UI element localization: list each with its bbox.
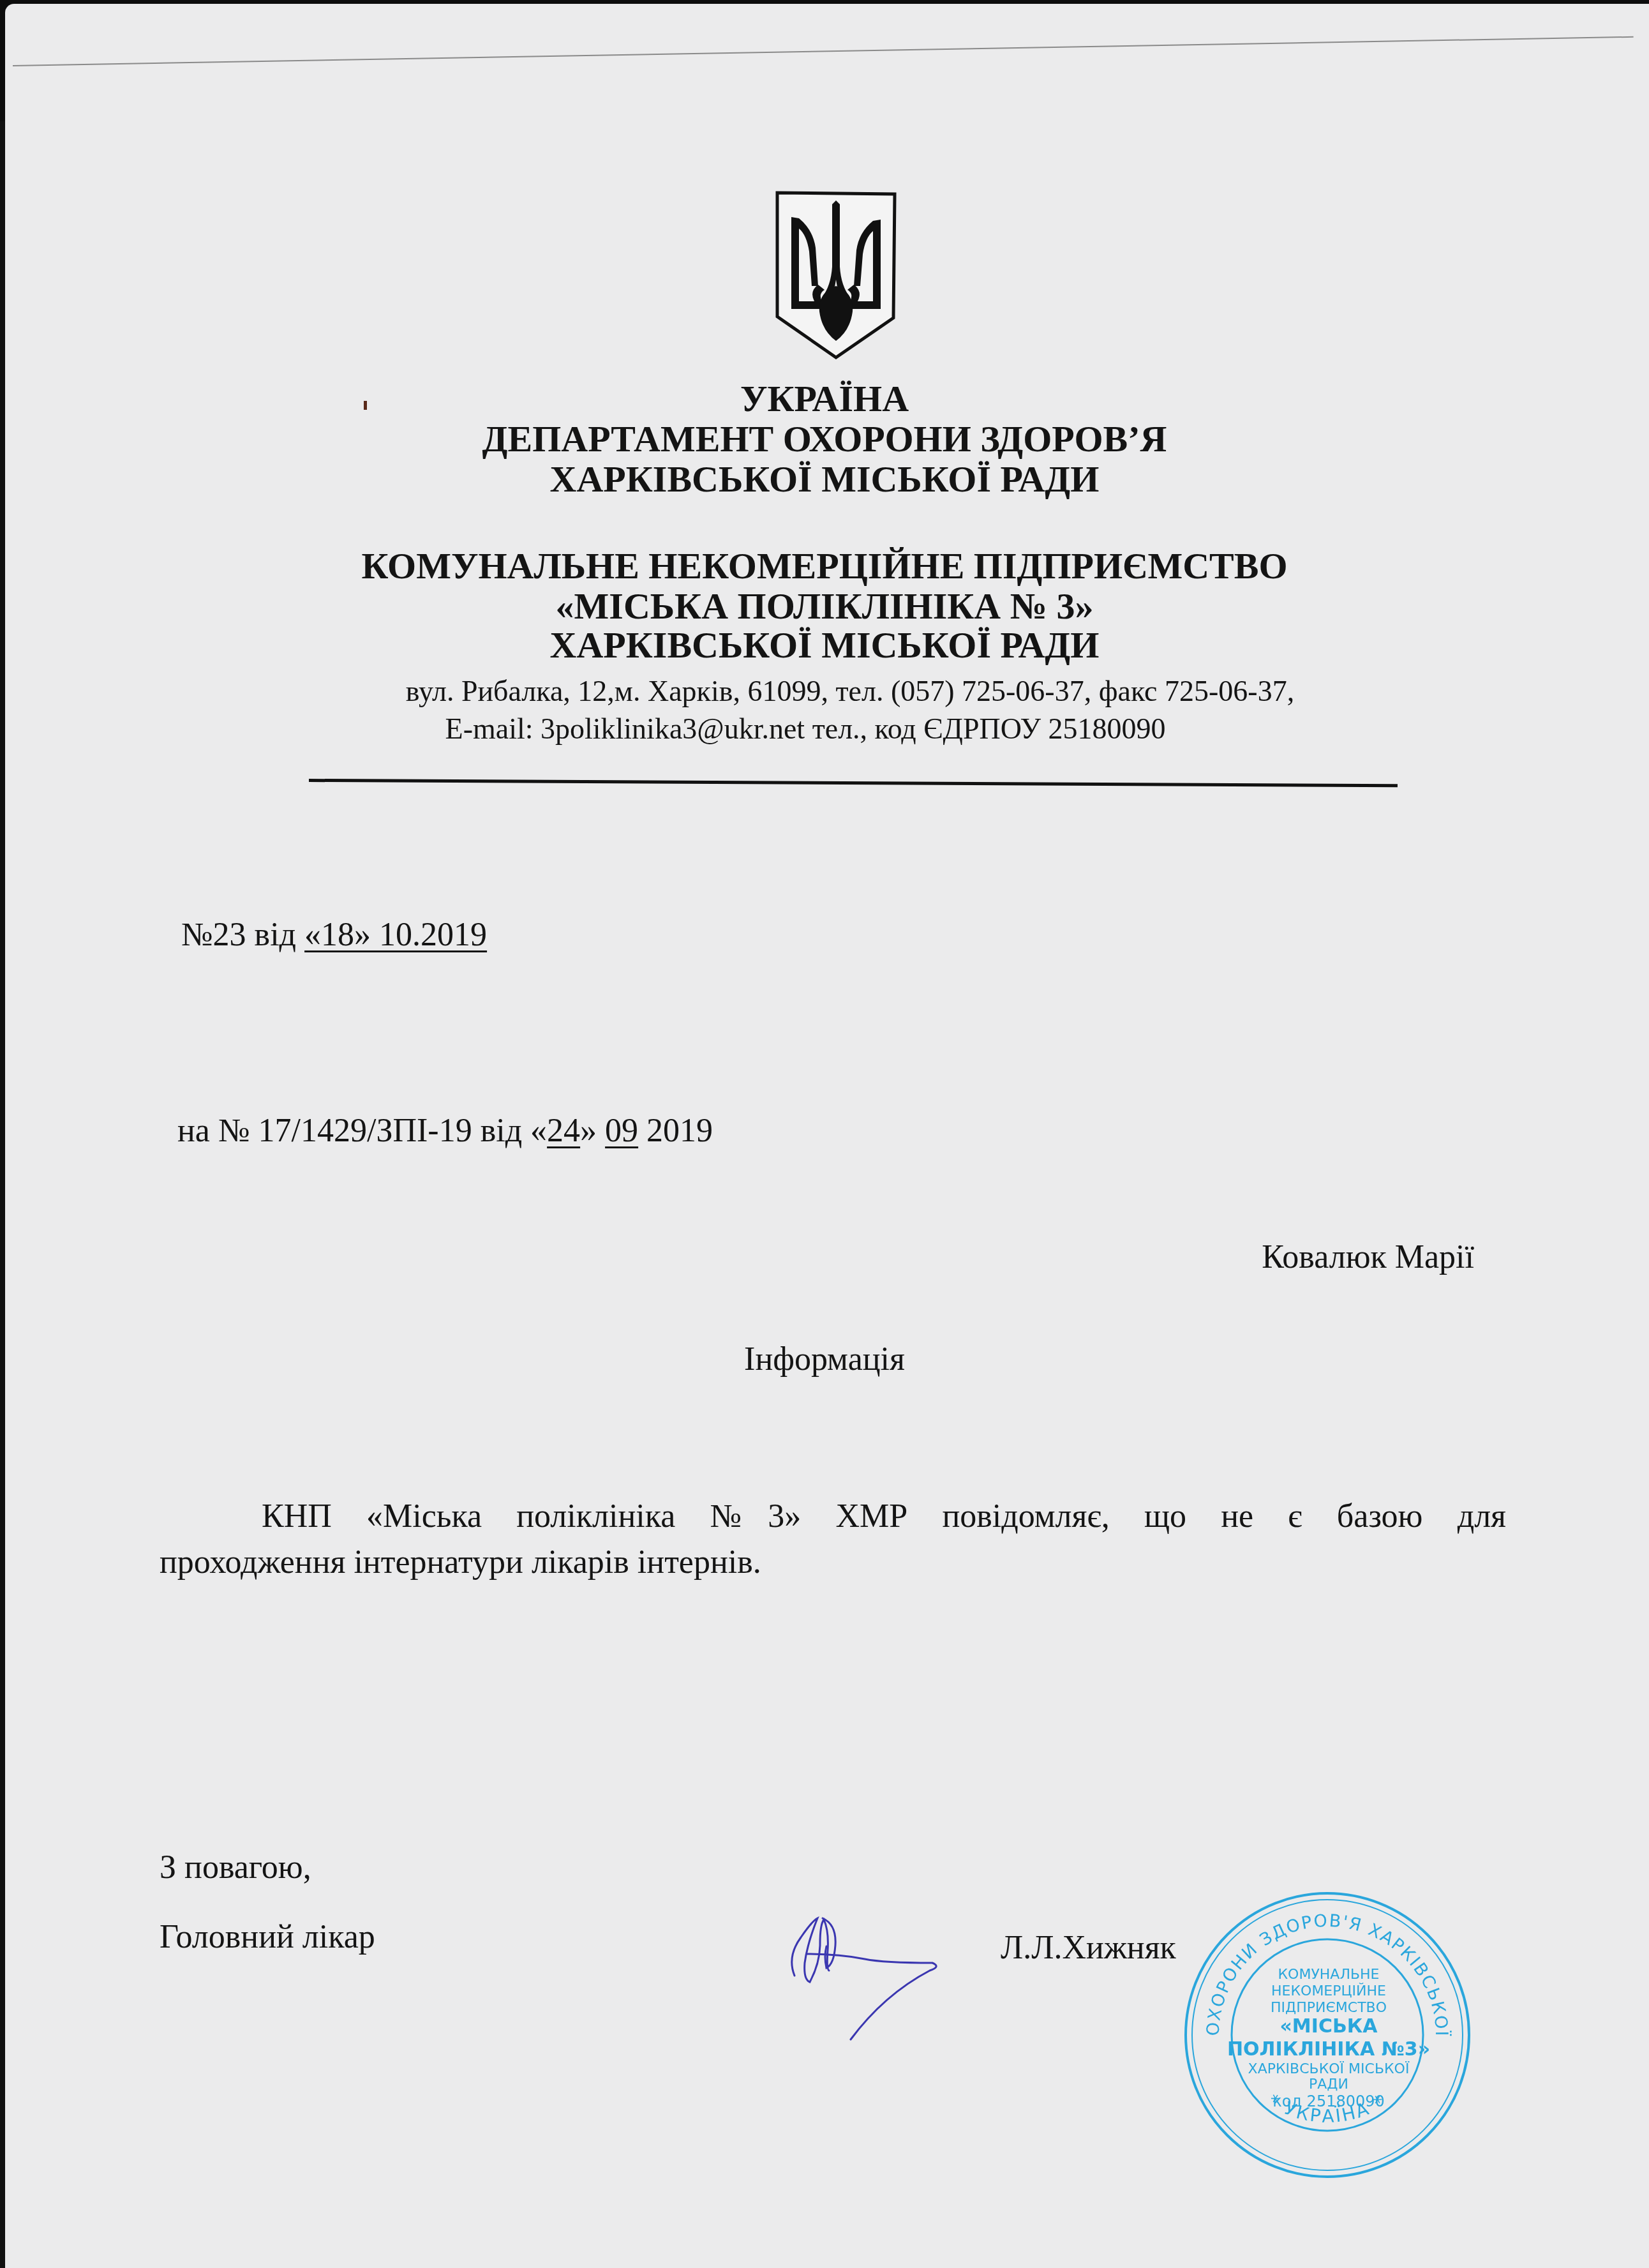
scan-speck (364, 401, 367, 410)
svg-text:ХАРКІВСЬКОЇ МІСЬКОЇ: ХАРКІВСЬКОЇ МІСЬКОЇ (1248, 2061, 1410, 2077)
scan-fold-line (13, 36, 1634, 66)
svg-text:ПІДПРИЄМСТВО: ПІДПРИЄМСТВО (1271, 2000, 1387, 2016)
reply-month: 09 (605, 1113, 638, 1149)
svg-text:РАДИ: РАДИ (1309, 2076, 1348, 2092)
official-stamp-icon: ДЕПАРТАМЕНТ ОХОРОНИ ЗДОРОВ'Я ХАРКІВСЬКОЇ… (1181, 1888, 1474, 2182)
svg-text:код 25180090: код 25180090 (1272, 2092, 1385, 2110)
body-line-2: проходження інтернатури лікарів інтернів… (160, 1540, 1506, 1586)
header-org-line2: «МІСЬКА ПОЛІКЛІНІКА № 3» (0, 586, 1649, 627)
reply-prefix: на № 17/1429/ЗПІ-19 від « (177, 1113, 547, 1149)
reply-day: 24 (547, 1113, 580, 1149)
outgoing-number: №23 від «18» 10.2019 (181, 916, 487, 954)
document-title: Інформація (0, 1341, 1649, 1379)
svg-text:НЕКОМЕРЦІЙНЕ: НЕКОМЕРЦІЙНЕ (1271, 1983, 1386, 1999)
signatory-position: Головний лікар (160, 1918, 375, 1956)
header-contacts: E-mail: 3poliklinika3@ukr.net тел., код … (0, 711, 1630, 747)
svg-text:ПОЛІКЛІНІКА №3»: ПОЛІКЛІНІКА №3» (1227, 2038, 1430, 2061)
header-country: УКРАЇНА (0, 379, 1649, 419)
body-paragraph: КНП «Міська поліклініка №3» ХМР повідомл… (160, 1494, 1506, 1586)
closing: З повагою, (160, 1849, 311, 1887)
svg-text:«МІСЬКА: «МІСЬКА (1280, 2015, 1378, 2038)
outgoing-number-prefix: №23 від (181, 917, 304, 953)
header-org-line1: КОМУНАЛЬНЕ НЕКОМЕРЦІЙНЕ ПІДПРИЄМСТВО (0, 546, 1649, 587)
header-department-line2: ХАРКІВСЬКОЇ МІСЬКОЇ РАДИ (0, 459, 1649, 500)
handwritten-signature-icon (782, 1893, 948, 2059)
signatory-name: Л.Л.Хижняк (1001, 1929, 1176, 1967)
header-org-line3: ХАРКІВСЬКОЇ МІСЬКОЇ РАДИ (0, 625, 1649, 666)
reply-year: 2019 (638, 1113, 713, 1149)
trident-emblem-icon (773, 190, 899, 361)
outgoing-date: «18» 10.2019 (304, 917, 487, 953)
svg-text:КОМУНАЛЬНЕ: КОМУНАЛЬНЕ (1278, 1967, 1380, 1983)
reply-mid: » (580, 1113, 605, 1149)
body-line-1: КНП «Міська поліклініка №3» ХМР повідомл… (160, 1494, 1506, 1540)
recipient: Ковалюк Марії (1262, 1238, 1474, 1277)
reply-reference: на № 17/1429/ЗПІ-19 від «24» 09 2019 (177, 1112, 713, 1150)
header-address: вул. Рибалка, 12,м. Харків, 61099, тел. … (26, 673, 1649, 709)
header-department-line1: ДЕПАРТАМЕНТ ОХОРОНИ ЗДОРОВ’Я (0, 419, 1649, 460)
